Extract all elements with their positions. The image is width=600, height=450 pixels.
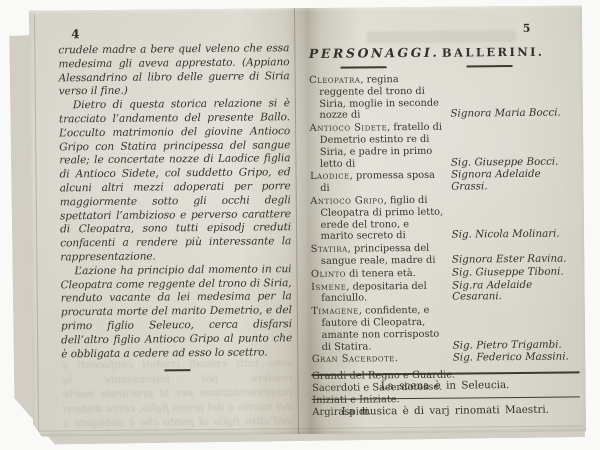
scene-note: La scena è in Seleucia. bbox=[311, 373, 579, 399]
role-name: Gran Sacerdote. bbox=[312, 353, 399, 365]
role-text: Antioco Gripo, figlio di Cleopatra di pr… bbox=[310, 195, 444, 243]
photo-background: 4 crudele madre a bere quel veleno che e… bbox=[0, 0, 600, 450]
performer-name: Signora Ester Ravina. bbox=[445, 253, 577, 266]
role-text: Statira, principessa del sangue reale, m… bbox=[311, 243, 445, 268]
cast-list: Cleopatra, regina reggente del trono di … bbox=[309, 72, 578, 418]
page-number-left: 4 bbox=[71, 27, 79, 41]
open-book: 4 crudele madre a bere quel veleno che e… bbox=[29, 5, 586, 436]
performer-name: Sig. Giuseppe Bocci. bbox=[444, 156, 576, 169]
performer-name: Signora Adelaide Grassi. bbox=[444, 169, 576, 194]
personaggi-heading-rule bbox=[340, 66, 386, 68]
performer-name: Sig. Giuseppe Tiboni. bbox=[445, 266, 577, 279]
paragraph-relazione: Dietro di questa storica relazione si è … bbox=[59, 97, 292, 265]
cast-entry-cleopatra: Cleopatra, regina reggente del trono di … bbox=[309, 72, 575, 122]
paragraph-continuation: crudele madre a bere quel veleno che ess… bbox=[58, 42, 290, 99]
role-desc: di tenera età. bbox=[346, 268, 416, 280]
cast-entry-antioco-sidete: Antioco Sidete, fratello di Demetrio est… bbox=[310, 121, 576, 171]
performer-name: Signora Maria Bocci. bbox=[443, 108, 575, 121]
role-text: Timagene, confidente, e fautore di Cleop… bbox=[311, 305, 445, 353]
bleedthrough-ghost-text: sono tutti episodj creduti confacenti a … bbox=[62, 356, 293, 432]
role-name: Antioco Sidete bbox=[310, 122, 388, 134]
role-text: Ismene, depositaria del fanciullo. bbox=[311, 280, 445, 305]
role-text: Olinto di tenera età. bbox=[311, 267, 445, 280]
performer-name: Sig. Nicola Molinari. bbox=[445, 229, 577, 242]
role-text: Antioco Sidete, fratello di Demetrio est… bbox=[310, 122, 444, 170]
cast-entry-ismene: Ismene, depositaria del fanciullo. Sig.r… bbox=[311, 279, 577, 305]
role-name: Laodice bbox=[310, 171, 350, 182]
scene-section: La scena è in Seleucia. La musica è di v… bbox=[311, 371, 579, 418]
music-note: La musica è di varj rinomati Maestri. bbox=[311, 398, 579, 419]
ballerini-heading: BALLERINI. bbox=[442, 45, 545, 60]
role-name: Ismene bbox=[311, 281, 346, 292]
page-left: 4 crudele madre a bere quel veleno che e… bbox=[29, 8, 310, 437]
personaggi-heading: PERSONAGGI. bbox=[309, 45, 440, 61]
bleedthrough-smudge bbox=[366, 30, 516, 43]
cast-entry-antioco-gripo: Antioco Gripo, figlio di Cleopatra di pr… bbox=[310, 193, 576, 243]
role-text: Laodice, promessa sposa di bbox=[310, 170, 444, 195]
role-name: Statira bbox=[311, 244, 348, 255]
ballerini-heading-rule bbox=[466, 65, 512, 67]
cast-entry-statira: Statira, principessa del sangue reale, m… bbox=[311, 242, 577, 268]
cast-entry-laodice: Laodice, promessa sposa di Signora Adela… bbox=[310, 169, 576, 195]
performer-name: Sig. Federico Massini. bbox=[446, 352, 578, 365]
page-number-right: 5 bbox=[523, 22, 531, 35]
page-right: 5 PERSONAGGI. BALLERINI. Cleopatra, regi… bbox=[305, 5, 586, 434]
cast-entry-gran-sacerdote: Gran Sacerdote. Sig. Federico Massini. bbox=[312, 352, 578, 366]
role-text: Cleopatra, regina reggente del trono di … bbox=[309, 74, 443, 122]
role-name: Olinto bbox=[311, 268, 346, 279]
cast-entry-timagene: Timagene, confidente, e fautore di Cleop… bbox=[311, 304, 577, 354]
role-name: Timagene bbox=[311, 306, 359, 317]
left-text-block: crudele madre a bere quel veleno che ess… bbox=[58, 42, 292, 373]
paragraph-azione: L’azione ha principio dal momento in cui… bbox=[60, 263, 292, 362]
role-name: Cleopatra bbox=[309, 74, 360, 85]
role-name: Antioco Gripo bbox=[310, 195, 384, 207]
role-text: Gran Sacerdote. bbox=[312, 353, 446, 366]
performer-name: Sig.ra Adelaide Cesarani. bbox=[445, 279, 577, 304]
